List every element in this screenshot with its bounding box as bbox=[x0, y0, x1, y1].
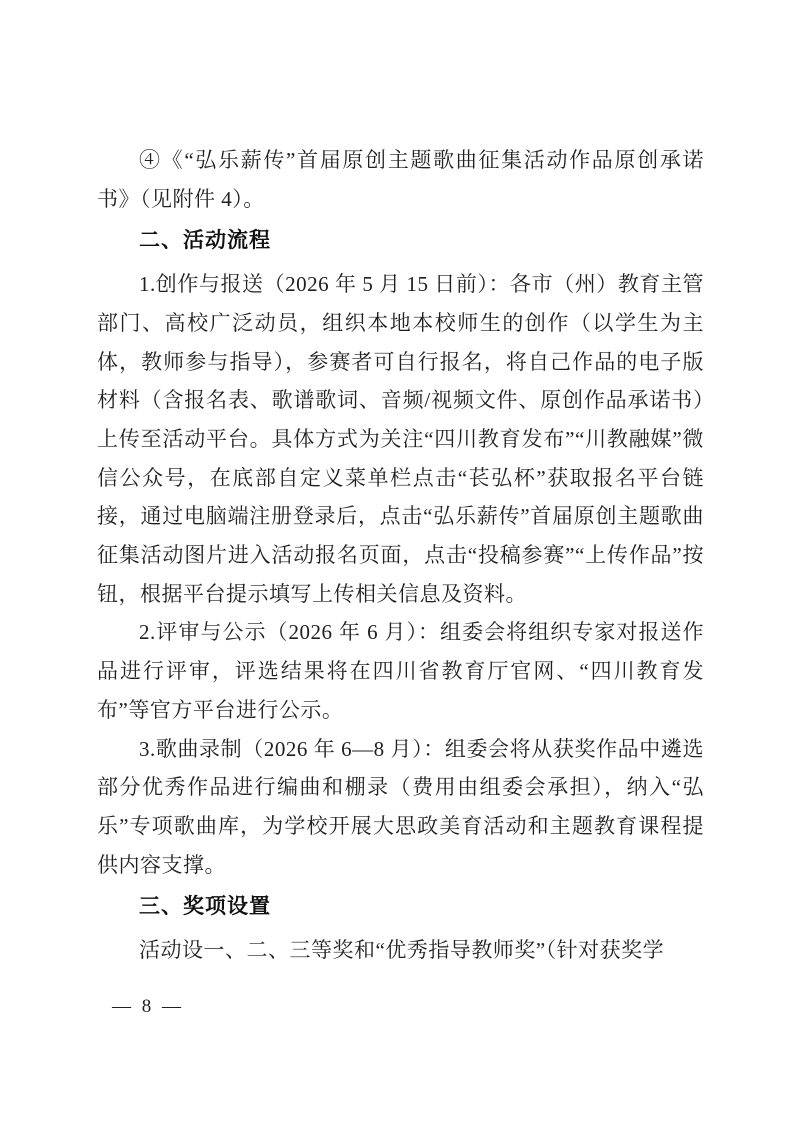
paragraph: ④《“弘乐薪传”首届原创主题歌曲征集活动作品原创承诺书》（见附件 4）。 bbox=[97, 141, 704, 218]
document-content: ④《“弘乐薪传”首届原创主题歌曲征集活动作品原创承诺书》（见附件 4）。二、活动… bbox=[97, 141, 704, 970]
paragraph: 3.歌曲录制（2026 年 6—8 月）：组委会将从获奖作品中遴选部分优秀作品进… bbox=[97, 730, 704, 885]
section-heading: 三、奖项设置 bbox=[97, 888, 704, 927]
paragraph: 1.创作与报送（2026 年 5 月 15 日前）：各市（州）教育主管部门、高校… bbox=[97, 265, 704, 613]
paragraph: 活动设一、二、三等奖和“优秀指导教师奖”（针对获奖学 bbox=[97, 931, 704, 970]
section-heading: 二、活动流程 bbox=[97, 222, 704, 261]
document-page: ④《“弘乐薪传”首届原创主题歌曲征集活动作品原创承诺书》（见附件 4）。二、活动… bbox=[0, 0, 794, 1123]
page-number: — 8 — bbox=[112, 996, 184, 1018]
paragraph: 2.评审与公示（2026 年 6 月）：组委会将组织专家对报送作品进行评审，评选… bbox=[97, 613, 704, 729]
